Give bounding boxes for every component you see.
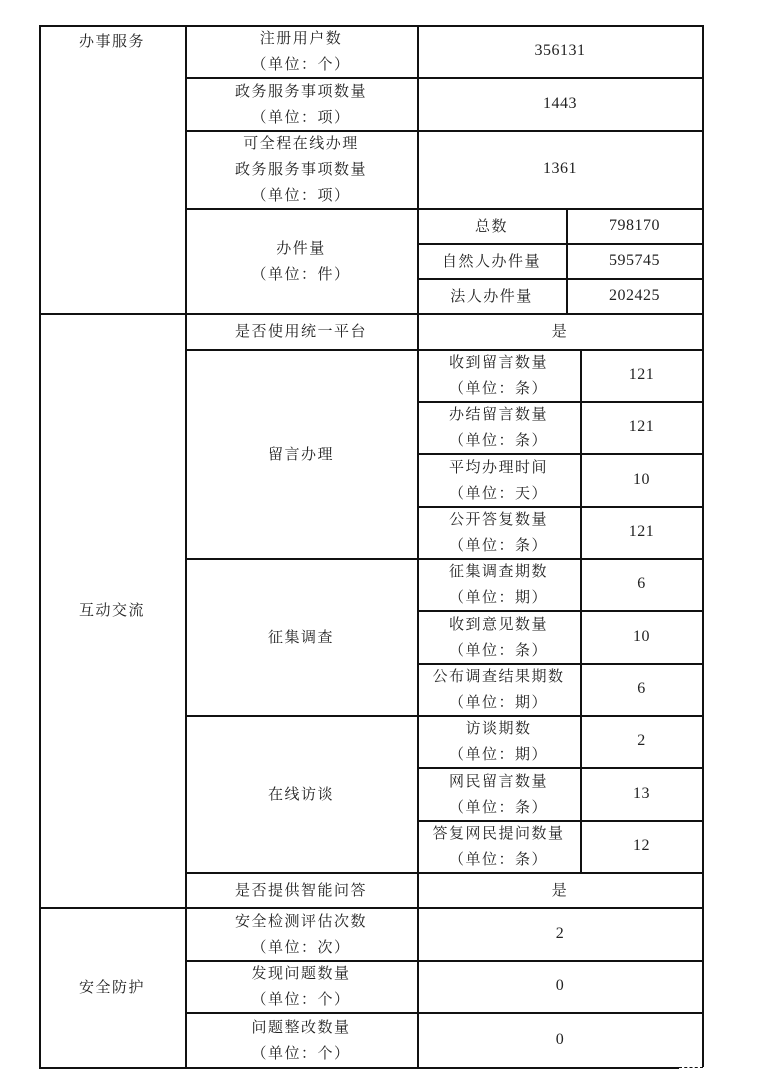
label-text: 问题整改数量: [251, 1014, 350, 1040]
msg-received-label: 收到留言数量 （单位：条）: [417, 349, 580, 401]
row-registered-users-value: 356131: [417, 25, 703, 77]
border-col2: [417, 25, 419, 1067]
interview-periods-label: 访谈期数 （单位：期）: [417, 715, 580, 767]
border-right: [702, 25, 704, 1067]
subrow-divider: [417, 767, 704, 769]
label-text: 收到意见数量: [449, 611, 548, 637]
unit-text: （单位：条）: [449, 532, 548, 558]
row-registered-users-label: 注册用户数 （单位：个）: [185, 25, 417, 77]
label-text: 是否使用统一平台: [235, 318, 367, 344]
label-text: 注册用户数: [260, 25, 343, 51]
value-text: 6: [637, 676, 646, 702]
value-text: 202425: [609, 283, 660, 309]
value-text: 2: [637, 728, 646, 754]
row-online-items-value: 1361: [417, 130, 703, 208]
label-text: 访谈期数: [465, 715, 531, 741]
unit-text: （单位：期）: [449, 741, 548, 767]
value-text: 13: [633, 781, 650, 807]
msg-closed-label: 办结留言数量 （单位：条）: [417, 401, 580, 453]
row-issues-fixed-value: 0: [417, 1012, 703, 1067]
survey-opinions-label: 收到意见数量 （单位：条）: [417, 610, 580, 663]
value-text: 1443: [543, 91, 577, 117]
interview-periods-value: 2: [580, 715, 703, 767]
label-text: 是否提供智能问答: [235, 877, 367, 903]
label-text: 答复网民提问数量: [432, 820, 564, 846]
msg-closed-value: 121: [580, 401, 703, 453]
label-text: 政务服务事项数量: [235, 156, 367, 182]
row-divider: [185, 715, 704, 717]
row-divider: [185, 77, 704, 79]
category-security: 安全防护: [39, 907, 185, 1067]
subrow-divider: [417, 453, 704, 455]
border-sub-cases: [566, 208, 568, 313]
cases-total-value: 798170: [566, 208, 703, 243]
row-divider: [185, 1012, 704, 1014]
survey-periods-label: 征集调查期数 （单位：期）: [417, 558, 580, 610]
label-text: 公开答复数量: [449, 506, 548, 532]
msg-public-reply-value: 121: [580, 506, 703, 558]
interview-replies-label: 答复网民提问数量 （单位：条）: [417, 820, 580, 872]
row-unified-platform-value: 是: [417, 313, 703, 349]
cases-legal-person-value: 202425: [566, 278, 703, 313]
label-text: 平均办理时间: [449, 454, 548, 480]
value-text: 356131: [535, 38, 586, 64]
survey-results-label: 公布调查结果期数 （单位：期）: [417, 663, 580, 715]
label-text: 安全检测评估次数: [235, 908, 367, 934]
row-unified-platform-label: 是否使用统一平台: [185, 313, 417, 349]
value-text: 0: [556, 1027, 565, 1053]
border-left: [39, 25, 41, 1067]
label-text: 发现问题数量: [251, 960, 350, 986]
row-smart-qa-value: 是: [417, 872, 703, 907]
subrow-divider: [417, 401, 704, 403]
category-label: 互动交流: [79, 597, 145, 623]
category-service: 办事服务: [39, 25, 185, 313]
subrow-divider: [417, 610, 704, 612]
cases-natural-person-label: 自然人办件量: [417, 243, 566, 278]
value-text: 10: [633, 624, 650, 650]
unit-text: （单位：次）: [251, 934, 350, 960]
cases-natural-person-value: 595745: [566, 243, 703, 278]
unit-text: （单位：期）: [449, 584, 548, 610]
border-bottom: [39, 1067, 679, 1069]
label-text: 办件量: [276, 235, 326, 261]
row-service-items-value: 1443: [417, 77, 703, 130]
value-text: 12: [633, 833, 650, 859]
row-security-checks-label: 安全检测评估次数 （单位：次）: [185, 907, 417, 960]
unit-text: （单位：条）: [449, 637, 548, 663]
unit-text: （单位：期）: [449, 689, 548, 715]
label-text: 留言办理: [268, 441, 334, 467]
value-text: 2: [556, 921, 565, 947]
label-text: 征集调查期数: [449, 558, 548, 584]
label-text: 征集调查: [268, 624, 334, 650]
interview-netizen-msgs-label: 网民留言数量 （单位：条）: [417, 767, 580, 820]
row-smart-qa-label: 是否提供智能问答: [185, 872, 417, 907]
row-cases-label: 办件量 （单位：件）: [185, 208, 417, 313]
unit-text: （单位：个）: [251, 986, 350, 1012]
category-label: 安全防护: [79, 974, 145, 1000]
msg-avg-time-value: 10: [580, 453, 703, 506]
row-online-items-label: 可全程在线办理 政务服务事项数量 （单位：项）: [185, 130, 417, 208]
row-divider: [185, 558, 704, 560]
label-text: 自然人办件量: [442, 248, 541, 274]
label-text: 收到留言数量: [449, 349, 548, 375]
unit-text: （单位：个）: [251, 51, 350, 77]
unit-text: （单位：项）: [251, 104, 350, 130]
label-text: 办结留言数量: [449, 401, 548, 427]
row-divider: [185, 130, 704, 132]
row-issues-found-value: 0: [417, 960, 703, 1012]
category-interaction: 互动交流: [39, 313, 185, 907]
row-service-items-label: 政务服务事项数量 （单位：项）: [185, 77, 417, 130]
value-text: 10: [633, 467, 650, 493]
label-text: 在线访谈: [268, 781, 334, 807]
subrow-divider: [417, 243, 704, 245]
label-text: 法人办件量: [450, 283, 533, 309]
interview-replies-value: 12: [580, 820, 703, 872]
unit-text: （单位：件）: [251, 261, 350, 287]
msg-avg-time-label: 平均办理时间 （单位：天）: [417, 453, 580, 506]
msg-public-reply-label: 公开答复数量 （单位：条）: [417, 506, 580, 558]
row-divider: [185, 208, 704, 210]
label-text: 总数: [475, 213, 508, 239]
value-text: 798170: [609, 213, 660, 239]
cases-total-label: 总数: [417, 208, 566, 243]
value-text: 是: [552, 318, 569, 344]
border-top: [39, 25, 704, 27]
survey-periods-value: 6: [580, 558, 703, 610]
cases-legal-person-label: 法人办件量: [417, 278, 566, 313]
group-survey: 征集调查: [185, 558, 417, 715]
subrow-divider: [417, 506, 704, 508]
row-issues-fixed-label: 问题整改数量 （单位：个）: [185, 1012, 417, 1067]
border-section3-top: [39, 907, 704, 909]
unit-text: （单位：天）: [449, 480, 548, 506]
value-text: 121: [629, 519, 655, 545]
label-text: 网民留言数量: [449, 768, 548, 794]
border-bottom-dashed: [679, 1067, 703, 1069]
msg-received-value: 121: [580, 349, 703, 401]
value-text: 0: [556, 973, 565, 999]
label-text: 政务服务事项数量: [235, 78, 367, 104]
group-message-handling: 留言办理: [185, 349, 417, 558]
interview-netizen-msgs-value: 13: [580, 767, 703, 820]
border-section2-top: [39, 313, 704, 315]
row-divider: [185, 872, 704, 874]
value-text: 是: [552, 877, 569, 903]
row-security-checks-value: 2: [417, 907, 703, 960]
border-col1: [185, 25, 187, 1067]
value-text: 595745: [609, 248, 660, 274]
value-text: 121: [629, 362, 655, 388]
unit-text: （单位：条）: [449, 427, 548, 453]
category-label: 办事服务: [79, 28, 145, 54]
unit-text: （单位：个）: [251, 1040, 350, 1066]
survey-results-value: 6: [580, 663, 703, 715]
survey-opinions-value: 10: [580, 610, 703, 663]
subrow-divider: [417, 820, 704, 822]
row-issues-found-label: 发现问题数量 （单位：个）: [185, 960, 417, 1012]
subrow-divider: [417, 278, 704, 280]
unit-text: （单位：条）: [449, 794, 548, 820]
subrow-divider: [417, 663, 704, 665]
value-text: 1361: [543, 156, 577, 182]
row-divider: [185, 349, 704, 351]
label-text: 可全程在线办理: [243, 130, 359, 156]
unit-text: （单位：条）: [449, 846, 548, 872]
label-text: 公布调查结果期数: [432, 663, 564, 689]
group-online-interview: 在线访谈: [185, 715, 417, 872]
row-divider: [185, 960, 704, 962]
value-text: 121: [629, 414, 655, 440]
unit-text: （单位：项）: [251, 182, 350, 208]
value-text: 6: [637, 571, 646, 597]
unit-text: （单位：条）: [449, 375, 548, 401]
statistics-table: 办事服务 注册用户数 （单位：个） 356131 政务服务事项数量 （单位：项）…: [0, 0, 762, 1085]
